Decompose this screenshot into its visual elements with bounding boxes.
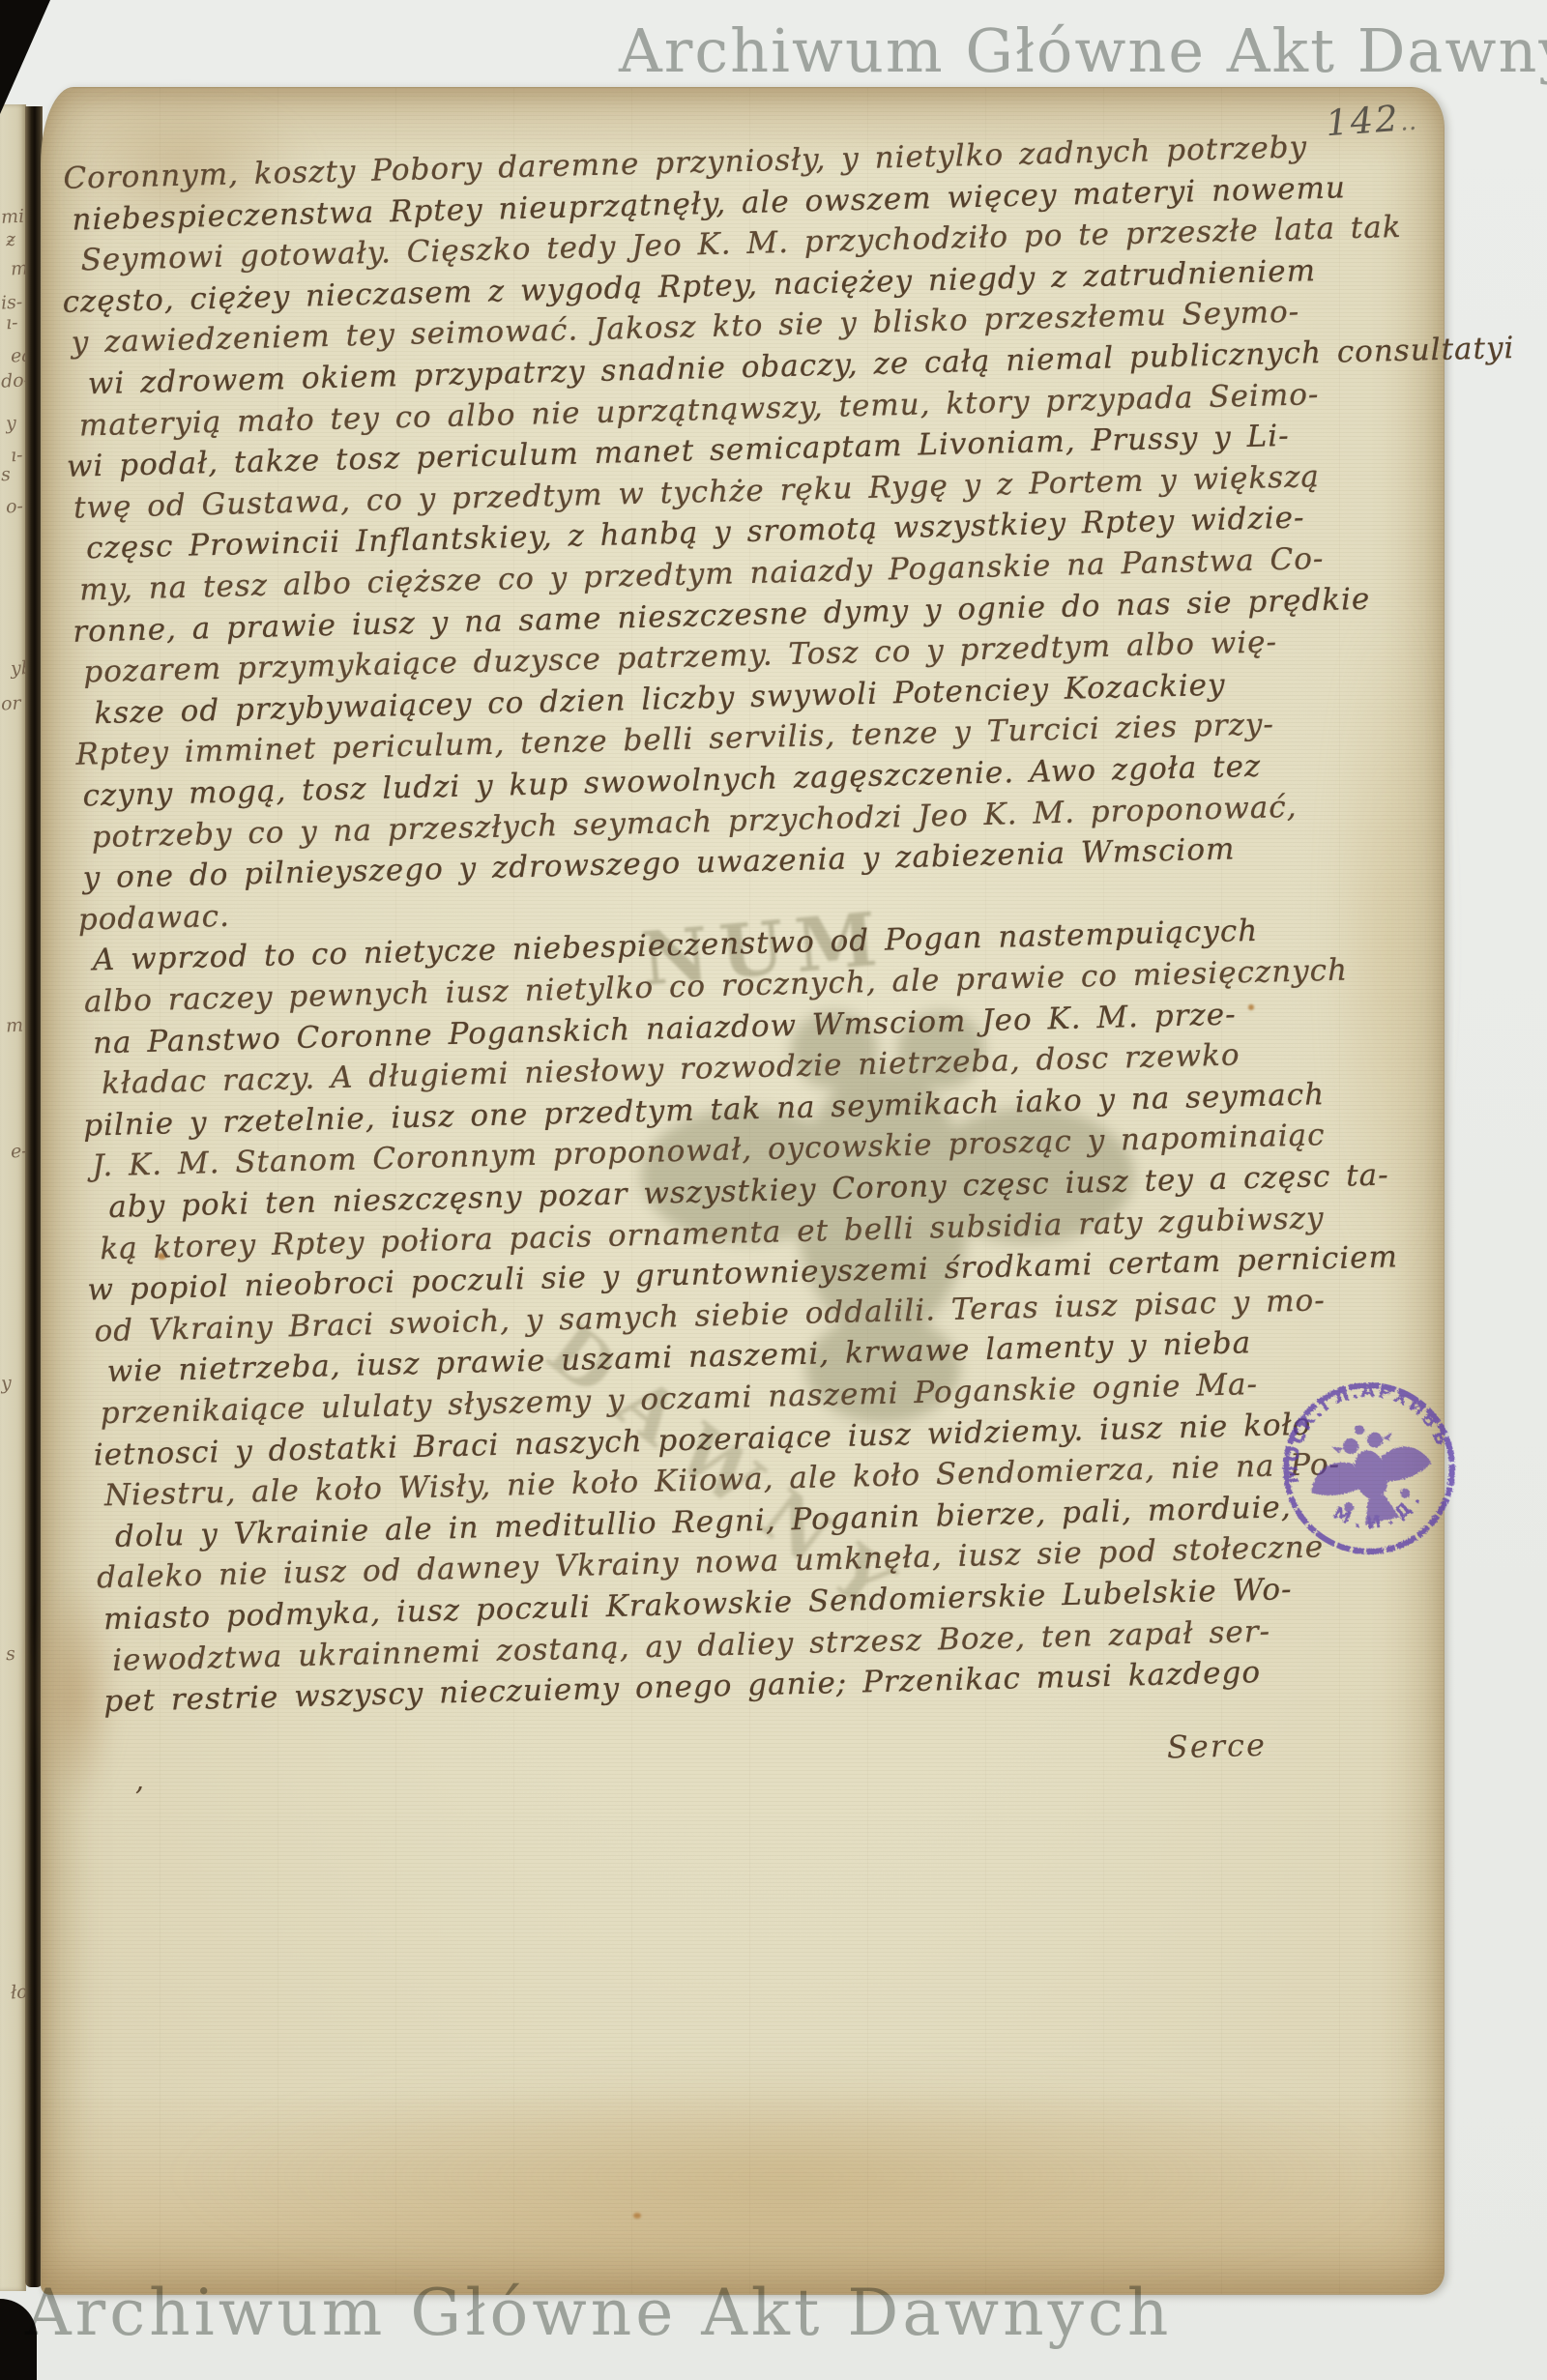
foxing-dot <box>633 2213 641 2219</box>
folio-number-value: 142 <box>1325 98 1401 144</box>
prev-page-text-fragment: ƶ <box>5 229 15 250</box>
scanned-manuscript-document: mięƶmis-ı-eado-yı-so-ybgorme-ysło NUM DA… <box>0 0 1547 2380</box>
prev-page-text-fragment: is- <box>0 291 22 313</box>
archive-watermark-top: Archiwum Główne Akt Dawnych <box>619 15 1547 86</box>
prev-page-text-fragment: y <box>5 413 16 435</box>
catchword: Serce <box>1166 1727 1267 1766</box>
prev-page-text-fragment: ı- <box>10 445 23 467</box>
prev-page-text-fragment: y <box>0 1373 12 1395</box>
stamp-double-headed-eagle-icon <box>1299 1410 1443 1536</box>
binding-board-corner-top <box>0 0 50 114</box>
paper-stain <box>167 2060 1405 2292</box>
ink-flourish: ’ <box>134 1782 144 1815</box>
prev-page-edge: mięƶmis-ı-eado-yı-so-ybgorme-ysło <box>0 104 26 2291</box>
prev-page-text-fragment: or <box>0 692 21 714</box>
prev-page-text-fragment: ı- <box>5 312 18 334</box>
folio-number: 142‥ <box>1325 97 1418 144</box>
text-block: Serce Coronnym, koszty Pobory daremne pr… <box>57 127 1482 1863</box>
prev-page-text-fragment: s <box>0 464 11 485</box>
manuscript-page: NUM DAWNY Serce Coronnym, koszty Pobory … <box>41 87 1445 2295</box>
prev-page-text-fragment: s <box>5 1643 15 1665</box>
folio-number-tail: ‥ <box>1399 107 1417 137</box>
binding-board-corner-bottom <box>0 2299 37 2380</box>
prev-page-text-fragment: o- <box>5 496 23 518</box>
manuscript-line: podawac. <box>77 899 230 938</box>
prev-page-text-fragment: m <box>5 1015 23 1037</box>
